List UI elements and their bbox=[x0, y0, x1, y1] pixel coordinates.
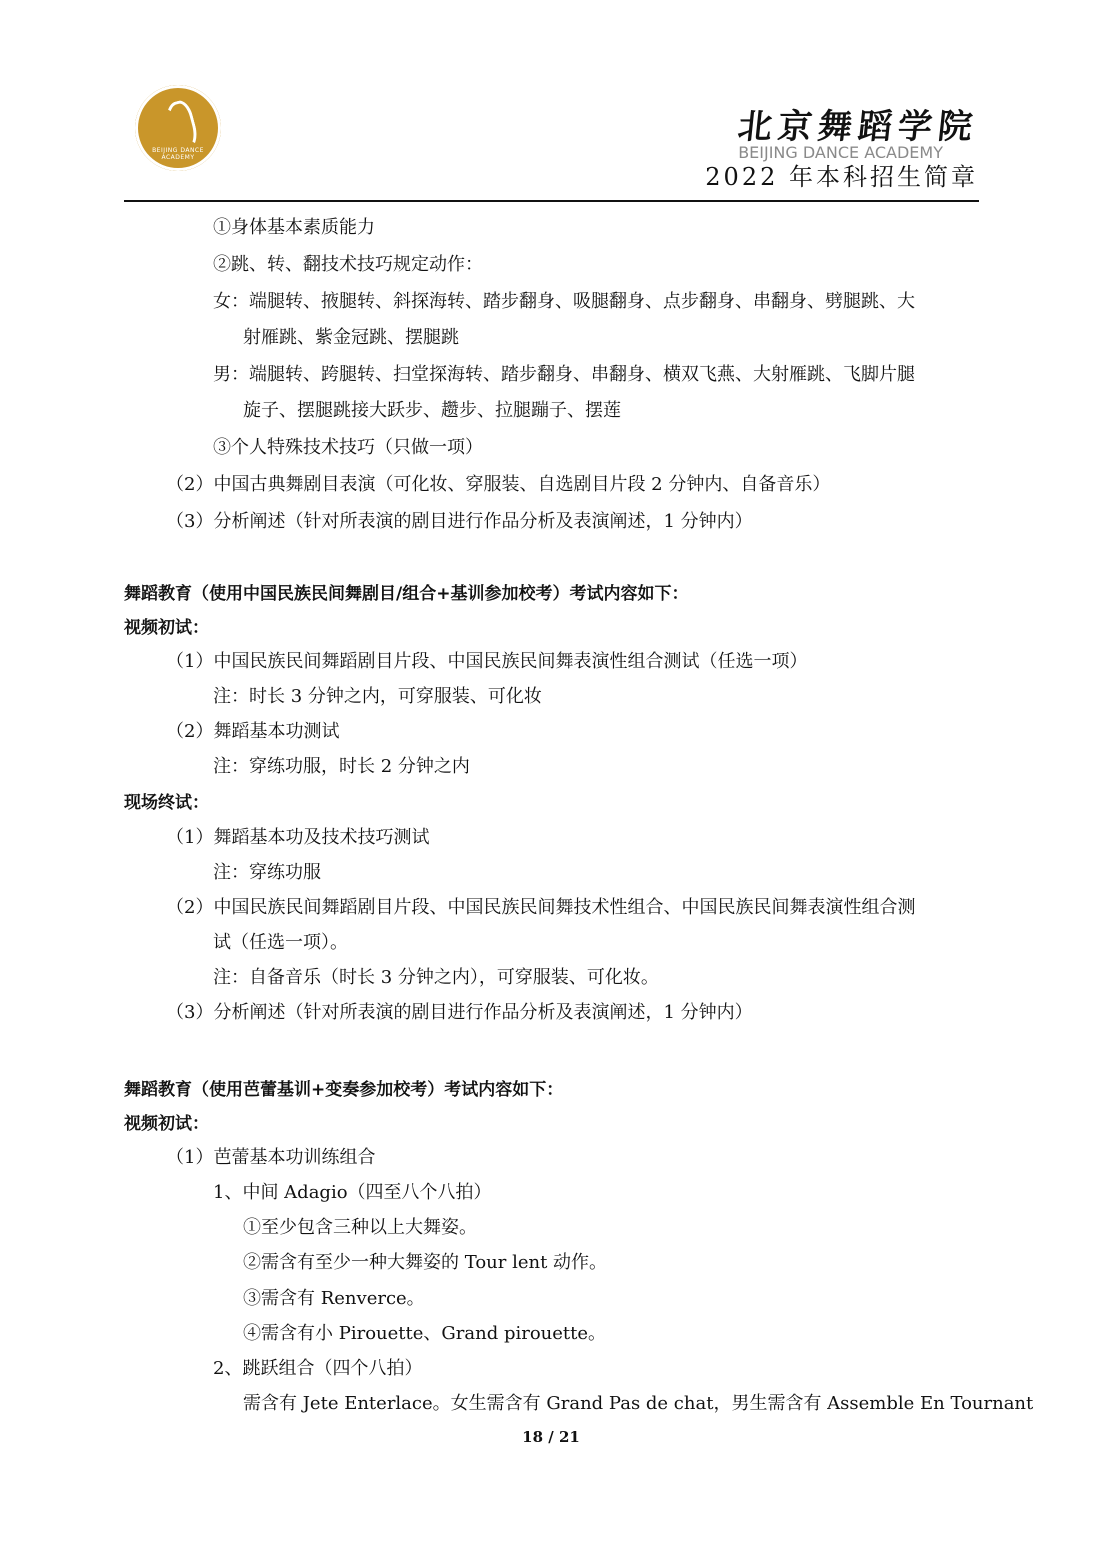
text-line: 男：端腿转、跨腿转、扫堂探海转、踏步翻身、串翻身、横双飞燕、大射雁跳、飞脚片腿 bbox=[213, 362, 915, 388]
text-line: 女：端腿转、掖腿转、斜探海转、踏步翻身、吸腿翻身、点步翻身、串翻身、劈腿跳、大 bbox=[213, 289, 915, 315]
text-line: （2）中国古典舞剧目表演（可化妆、穿服装、自选剧目片段 2 分钟内、自备音乐） bbox=[166, 472, 830, 498]
text-line: 注：穿练功服，时长 2 分钟之内 bbox=[213, 754, 470, 780]
section-heading: 现场终试： bbox=[124, 790, 209, 816]
text-line: 试（任选一项）。 bbox=[213, 930, 348, 956]
text-line: ②需含有至少一种大舞姿的 Tour lent 动作。 bbox=[243, 1250, 607, 1276]
text-line: 注：穿练功服 bbox=[213, 860, 321, 886]
logo-text: BEIJING DANCE ACADEMY bbox=[135, 147, 221, 161]
section-heading: 视频初试： bbox=[124, 1111, 209, 1137]
text-line: 旋子、摆腿跳接大跃步、趱步、拉腿蹦子、摆莲 bbox=[243, 398, 621, 424]
text-line: （3）分析阐述（针对所表演的剧目进行作品分析及表演阐述，1 分钟内） bbox=[166, 1000, 753, 1026]
text-line: （3）分析阐述（针对所表演的剧目进行作品分析及表演阐述，1 分钟内） bbox=[166, 509, 753, 535]
text-line: ③需含有 Renverce。 bbox=[243, 1286, 425, 1312]
text-line: （1）舞蹈基本功及技术技巧测试 bbox=[166, 825, 429, 851]
text-line: ①身体基本素质能力 bbox=[213, 215, 375, 241]
text-line: ③个人特殊技术技巧（只做一项） bbox=[213, 435, 483, 461]
text-line: （1）芭蕾基本功训练组合 bbox=[166, 1145, 375, 1171]
academy-logo: BEIJING DANCE ACADEMY bbox=[135, 85, 221, 171]
header-divider bbox=[124, 200, 979, 202]
brand-chinese-name: 北京舞蹈学院 bbox=[736, 108, 980, 146]
text-line: 需含有 Jete Enterlace。女生需含有 Grand Pas de ch… bbox=[243, 1391, 1033, 1417]
page-header: BEIJING DANCE ACADEMY 北京舞蹈学院 BEIJING DAN… bbox=[0, 0, 1102, 205]
brochure-title: 2022 年本科招生简章 bbox=[698, 162, 978, 192]
section-heading: 视频初试： bbox=[124, 615, 209, 641]
text-line: 射雁跳、紫金冠跳、摆腿跳 bbox=[243, 325, 459, 351]
text-line: ④需含有小 Pirouette、Grand pirouette。 bbox=[243, 1321, 606, 1347]
brand-block: 北京舞蹈学院 BEIJING DANCE ACADEMY 2022 年本科招生简… bbox=[698, 108, 978, 192]
page-number: 18 / 21 bbox=[0, 1428, 1102, 1446]
text-line: ②跳、转、翻技术技巧规定动作： bbox=[213, 252, 483, 278]
text-line: （2）舞蹈基本功测试 bbox=[166, 719, 339, 745]
section-heading: 舞蹈教育（使用芭蕾基训+变奏参加校考）考试内容如下： bbox=[124, 1077, 563, 1103]
text-line: 注：自备音乐（时长 3 分钟之内），可穿服装、可化妆。 bbox=[213, 965, 659, 991]
text-line: 2、跳跃组合（四个八拍） bbox=[213, 1356, 422, 1382]
text-line: （2）中国民族民间舞蹈剧目片段、中国民族民间舞技术性组合、中国民族民间舞表演性组… bbox=[166, 895, 915, 921]
text-line: 1、中间 Adagio（四至八个八拍） bbox=[213, 1180, 492, 1206]
section-heading: 舞蹈教育（使用中国民族民间舞剧目/组合+基训参加校考）考试内容如下： bbox=[124, 581, 688, 607]
text-line: 注：时长 3 分钟之内，可穿服装、可化妆 bbox=[213, 684, 542, 710]
text-line: ①至少包含三种以上大舞姿。 bbox=[243, 1215, 477, 1241]
text-line: （1）中国民族民间舞蹈剧目片段、中国民族民间舞表演性组合测试（任选一项） bbox=[166, 649, 807, 675]
